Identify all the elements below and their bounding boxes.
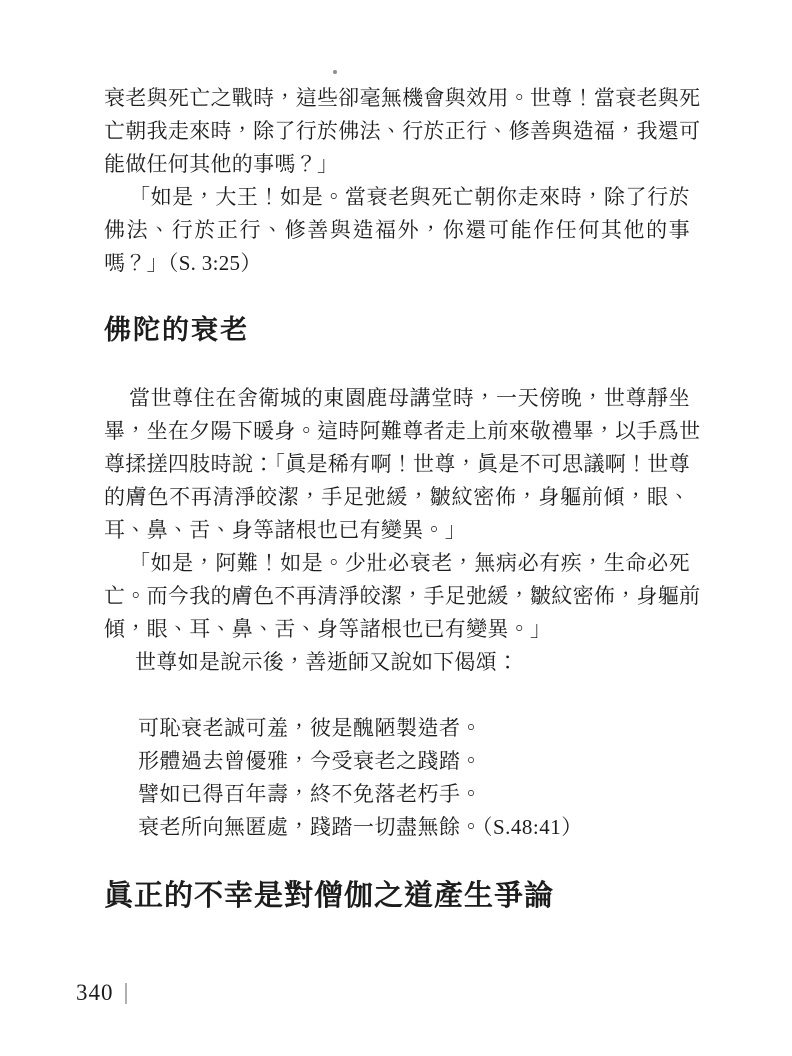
text-line: 尊揉搓四肢時說：「眞是稀有啊！世尊，眞是不可思議啊！世尊 (104, 448, 690, 481)
text-line: 「如是，大王！如是。當衰老與死亡朝你走來時，除了行於 (104, 181, 690, 214)
text-line: 世尊如是說示後，善逝師又說如下偈頌： (104, 646, 690, 679)
text-line: 傾，眼、耳、鼻、舌、身等諸根也已有變異。」 (104, 613, 690, 646)
text-line: 嗎？」（S. 3:25） (104, 247, 690, 280)
paragraph-reply-king: 「如是，大王！如是。當衰老與死亡朝你走來時，除了行於 佛法、行於正行、修善與造福… (104, 181, 690, 280)
paragraph-reply-ananda: 「如是，阿難！如是。少壯必衰老，無病必有疾，生命必死 亡。而今我的膚色不再清淨皎… (104, 547, 690, 646)
paragraph-verse-intro: 世尊如是說示後，善逝師又說如下偈頌： (104, 646, 690, 679)
text-line: 亡。而今我的膚色不再清淨皎潔，手足弛緩，皺紋密佈，身軀前 (104, 580, 690, 613)
scan-artifact-dot (333, 70, 337, 74)
paragraph-ananda-story: 當世尊住在舍衛城的東園鹿母講堂時，一天傍晚，世尊靜坐 畢，坐在夕陽下暖身。這時阿… (104, 382, 690, 547)
section-heading-sangha-dispute: 眞正的不幸是對僧伽之道產生爭論 (104, 876, 690, 916)
verse-block: 可恥衰老誠可羞，彼是醜陋製造者。 形體過去曾優雅，今受衰老之踐踏。 譬如已得百年… (104, 712, 690, 844)
paragraph-continuation: 衰老與死亡之戰時，這些卻毫無機會與效用。世尊！當衰老與死 亡朝我走來時，除了行於… (104, 82, 690, 181)
verse-line: 可恥衰老誠可羞，彼是醜陋製造者。 (104, 712, 690, 745)
page-footer: 340 (76, 980, 127, 1006)
page-number: 340 (76, 980, 114, 1006)
verse-line: 形體過去曾優雅，今受衰老之踐踏。 (104, 745, 690, 778)
section-heading-buddhas-aging: 佛陀的衰老 (104, 312, 690, 348)
text-line: 當世尊住在舍衛城的東園鹿母講堂時，一天傍晚，世尊靜坐 (104, 382, 690, 415)
verse-line: 譬如已得百年壽，終不免落老朽手。 (104, 778, 690, 811)
text-line: 亡朝我走來時，除了行於佛法、行於正行、修善與造福，我還可 (104, 115, 690, 148)
text-line: 能做任何其他的事嗎？」 (104, 148, 690, 181)
text-line: 的膚色不再清淨皎潔，手足弛緩，皺紋密佈，身軀前傾，眼、 (104, 481, 690, 514)
verse-line: 衰老所向無匿處，踐踏一切盡無餘。（S.48:41） (104, 811, 690, 844)
book-page: 衰老與死亡之戰時，這些卻毫無機會與效用。世尊！當衰老與死 亡朝我走來時，除了行於… (0, 0, 792, 1056)
text-line: 耳、鼻、舌、身等諸根也已有變異。」 (104, 514, 690, 547)
text-line: 佛法、行於正行、修善與造福外，你還可能作任何其他的事 (104, 214, 690, 247)
footer-divider (125, 983, 127, 1004)
text-line: 畢，坐在夕陽下暖身。這時阿難尊者走上前來敬禮畢，以手爲世 (104, 415, 690, 448)
text-line: 「如是，阿難！如是。少壯必衰老，無病必有疾，生命必死 (104, 547, 690, 580)
text-line: 衰老與死亡之戰時，這些卻毫無機會與效用。世尊！當衰老與死 (104, 82, 690, 115)
